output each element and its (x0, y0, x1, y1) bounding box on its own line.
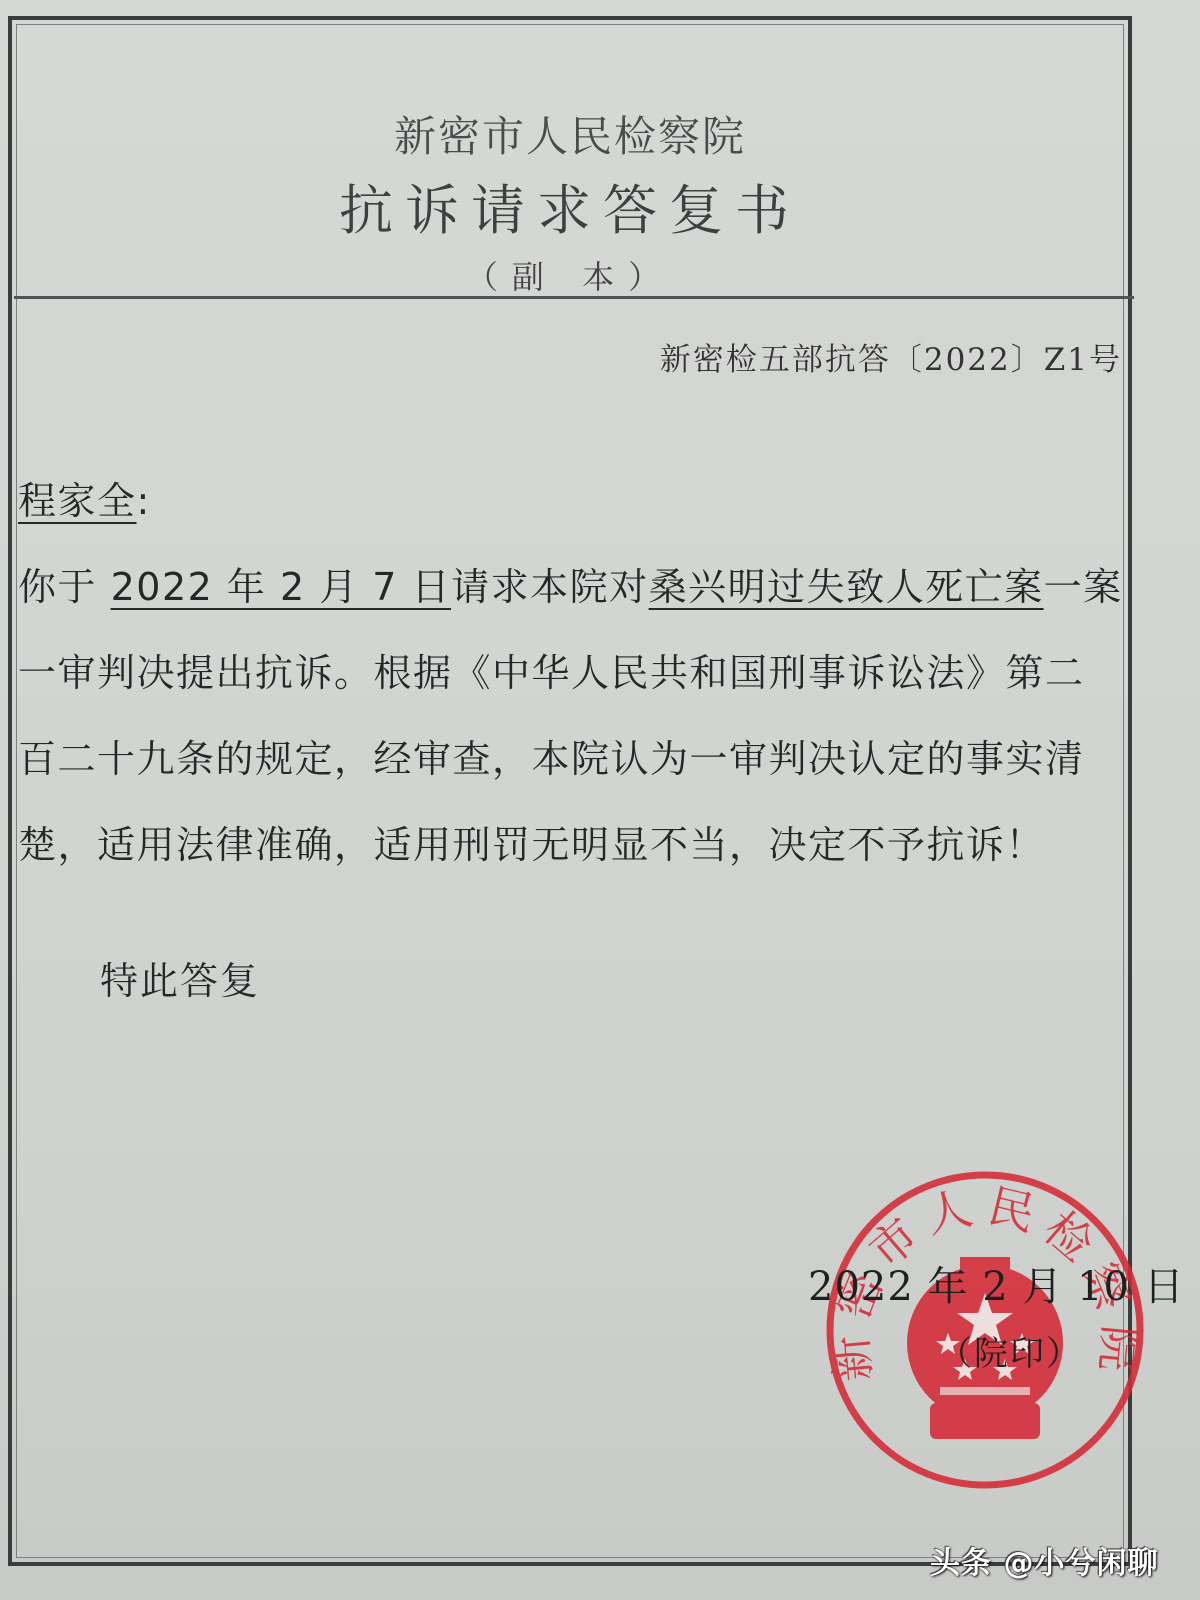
document-number: 新密检五部抗答〔2022〕Z1号 (660, 334, 1122, 379)
body-text-segment: 请求本院对 (451, 565, 649, 609)
body-text-segment: 你于 (18, 565, 111, 609)
header-separator-rule (14, 296, 1134, 299)
body-line-3: 百二十九条的规定，经审查，本院认为一审判决认定的事实清 (18, 716, 1118, 802)
document-page: 新密市人民检察院 抗诉请求答复书 （副 本） 新密检五部抗答〔2022〕Z1号 … (0, 0, 1200, 1600)
copy-label: （副 本） (0, 252, 1140, 298)
salutation-colon: : (137, 479, 151, 523)
recipient-name: 程家全 (18, 479, 137, 523)
body-text-segment: 一案 (1044, 565, 1123, 609)
body-line-2: 一审判决提出抗诉。根据《中华人民共和国刑事诉讼法》第二 (18, 630, 1118, 716)
letter-body: 程家全: 你于 2022 年 2 月 7 日请求本院对桑兴明过失致人死亡案一案 … (18, 458, 1118, 888)
body-line-1: 你于 2022 年 2 月 7 日请求本院对桑兴明过失致人死亡案一案 (18, 544, 1118, 630)
salutation: 程家全: (18, 458, 1118, 544)
organization-name: 新密市人民检察院 (0, 104, 1140, 164)
case-name: 桑兴明过失致人死亡案 (649, 565, 1044, 609)
seal-note: （院印） (938, 1326, 1082, 1375)
document-title: 抗诉请求答复书 (0, 168, 1140, 245)
watermark: 头条 @小兮闲聊 (930, 1538, 1158, 1582)
closing-phrase: 特此答复 (100, 950, 260, 1005)
issue-date: 2022 年 2 月 10 日 (808, 1255, 1185, 1312)
request-date: 2022 年 2 月 7 日 (111, 565, 451, 609)
body-line-4: 楚，适用法律准确，适用刑罚无明显不当，决定不予抗诉！ (18, 802, 1118, 888)
